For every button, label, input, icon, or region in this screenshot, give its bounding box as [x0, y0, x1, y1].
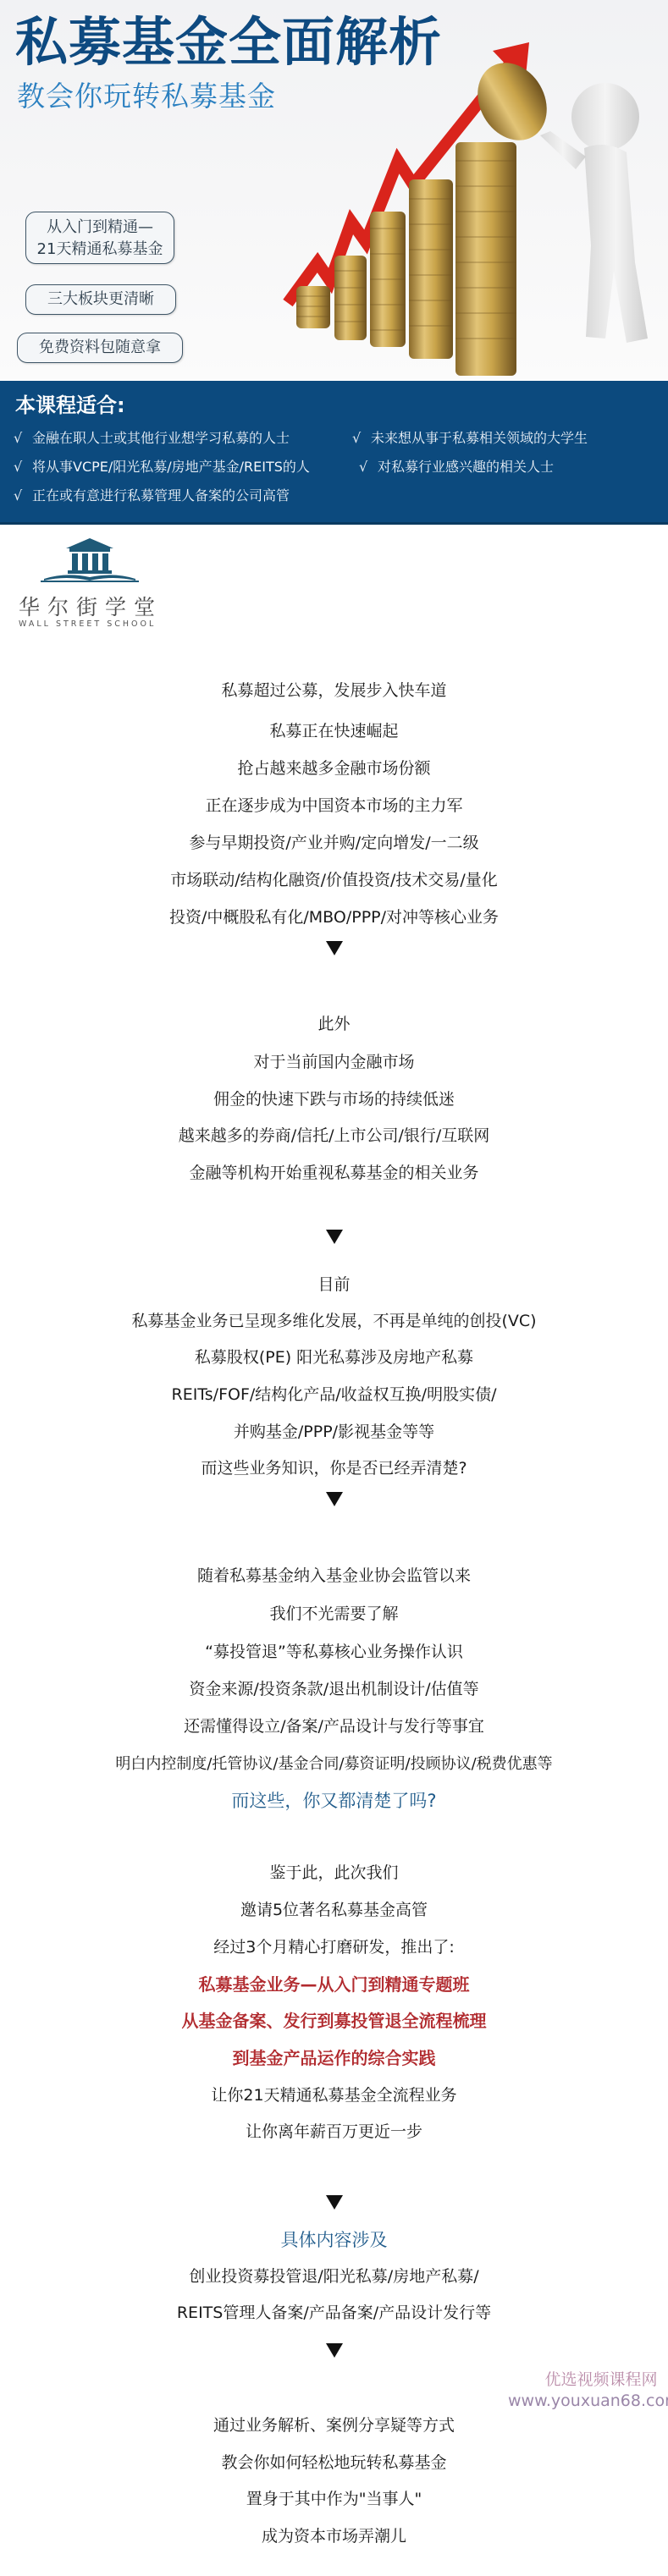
body-line: 目前: [0, 1273, 668, 1296]
body-line: 抢占越来越多金融市场份额: [0, 757, 668, 780]
body-line: REITS管理人备案/产品备案/产品设计发行等: [0, 2301, 668, 2325]
body-line: 佣金的快速下跌与市场的持续低迷: [0, 1087, 668, 1111]
audience-item: √对私募行业感兴趣的相关人士: [359, 457, 554, 477]
check-icon: √: [14, 457, 32, 477]
check-icon: √: [14, 428, 32, 449]
body-line: 还需懂得设立/备案/产品设计与发行等事宜: [0, 1715, 668, 1738]
body-line: 明白内控制度/托管协议/基金合同/募资证明/投顾协议/税费优惠等: [0, 1753, 668, 1776]
down-triangle-icon: [326, 1230, 343, 1244]
pill-line-1: 从入门到精通—: [26, 217, 174, 239]
audience-item: √正在或有意进行私募管理人备案的公司高管: [14, 486, 290, 506]
body-line: 通过业务解析、案例分享疑等方式: [0, 2414, 668, 2437]
body-line: 经过3个月精心打磨研发，推出了:: [0, 1935, 668, 1959]
body-line: 私募股权(PE) 阳光私募涉及房地产私募: [0, 1346, 668, 1369]
hero-subtitle: 教会你玩转私募基金: [17, 80, 276, 113]
watermark-url: www.youxuan68.com: [508, 2390, 668, 2412]
down-triangle-icon: [326, 1492, 343, 1506]
audience-item: √金融在职人士或其他行业想学习私募的人士: [14, 428, 290, 449]
logo-name-cn: 华尔街学堂: [19, 591, 163, 621]
watermark: 优选视频课程网 www.youxuan68.com: [533, 2370, 668, 2412]
feature-pill-free-materials: 免费资料包随意拿: [17, 333, 183, 363]
body-line: REITs/FOF/结构化产品/收益权互换/明股实债/: [0, 1383, 668, 1406]
down-triangle-icon: [326, 941, 343, 955]
body-line: 让你21天精通私募基金全流程业务: [0, 2083, 668, 2107]
highlight-question: 而这些，你又都清楚了吗?: [0, 1789, 668, 1813]
body-line: 私募正在快速崛起: [0, 719, 668, 743]
body-line: 置身于其中作为"当事人": [0, 2487, 668, 2511]
audience-title: 本课程适合:: [15, 391, 125, 420]
body-line: 教会你如何轻松地玩转私募基金: [0, 2451, 668, 2474]
body-line: 邀请5位著名私募基金高管: [0, 1898, 668, 1922]
body-line: 资金来源/投资条款/退出机制设计/估值等: [0, 1677, 668, 1701]
body-line: 参与早期投资/产业并购/定向增发/一二级: [0, 831, 668, 855]
body-line: “募投管退”等私募核心业务操作认识: [0, 1640, 668, 1664]
body-line: 越来越多的券商/信托/上市公司/银行/互联网: [0, 1124, 668, 1148]
pill-line-2: 21天精通私募基金: [26, 239, 174, 261]
body-line: 正在逐步成为中国资本市场的主力军: [0, 794, 668, 817]
course-name-line: 从基金备案、发行到募投管退全流程梳理: [0, 2009, 668, 2033]
body-line: 并购基金/PPP/影视基金等等: [0, 1420, 668, 1444]
body-line: 随着私募基金纳入基金业协会监管以来: [0, 1564, 668, 1588]
feature-pill-three-modules: 三大板块更清晰: [25, 284, 176, 315]
body-line: 让你离年薪百万更近一步: [0, 2120, 668, 2144]
down-triangle-icon: [326, 2343, 343, 2358]
body-line: 私募基金业务已呈现多维化发展，不再是单纯的创投(VC): [0, 1309, 668, 1333]
logo-name-en: WALL STREET SCHOOL: [19, 619, 156, 629]
body-line: 私募超过公募，发展步入快车道: [0, 679, 668, 702]
body-line: 成为资本市场弄潮儿: [0, 2524, 668, 2548]
body-line: 创业投资募投管退/阳光私募/房地产私募/: [0, 2265, 668, 2288]
target-audience-panel: 本课程适合: √金融在职人士或其他行业想学习私募的人士 √未来想从事于私募相关领…: [0, 381, 668, 525]
school-logo: 华尔街学堂 WALL STREET SCHOOL: [15, 538, 176, 631]
content-heading: 具体内容涉及: [0, 2228, 668, 2252]
greek-temple-on-book-icon: [41, 538, 139, 582]
watermark-name: 优选视频课程网: [533, 2370, 668, 2390]
body-line: 投资/中概股私有化/MBO/PPP/对冲等核心业务: [0, 905, 668, 929]
rising-arrow-coins-icon: [271, 34, 668, 379]
hero-banner: 私募基金全面解析 教会你玩转私募基金 从入门到精通— 21天精通私募基金 三大板…: [0, 0, 668, 379]
body-line: 我们不光需要了解: [0, 1602, 668, 1626]
check-icon: √: [14, 486, 32, 506]
body-line: 此外: [0, 1012, 668, 1036]
body-line: 鉴于此，此次我们: [0, 1861, 668, 1885]
course-name-line: 私募基金业务—从入门到精通专题班: [0, 1973, 668, 1996]
check-icon: √: [359, 457, 378, 477]
body-line: 金融等机构开始重视私募基金的相关业务: [0, 1161, 668, 1185]
body-line: 而这些业务知识，你是否已经弄清楚?: [0, 1456, 668, 1480]
feature-pill-beginner-to-expert: 从入门到精通— 21天精通私募基金: [25, 212, 174, 264]
body-line: 对于当前国内金融市场: [0, 1050, 668, 1074]
audience-item: √将从事VCPE/阳光私募/房地产基金/REITS的人: [14, 457, 310, 477]
check-icon: √: [352, 428, 371, 449]
down-triangle-icon: [326, 2195, 343, 2210]
course-name-line: 到基金产品运作的综合实践: [0, 2046, 668, 2070]
audience-item: √未来想从事于私募相关领域的大学生: [352, 428, 588, 449]
body-line: 市场联动/结构化融资/价值投资/技术交易/量化: [0, 868, 668, 892]
